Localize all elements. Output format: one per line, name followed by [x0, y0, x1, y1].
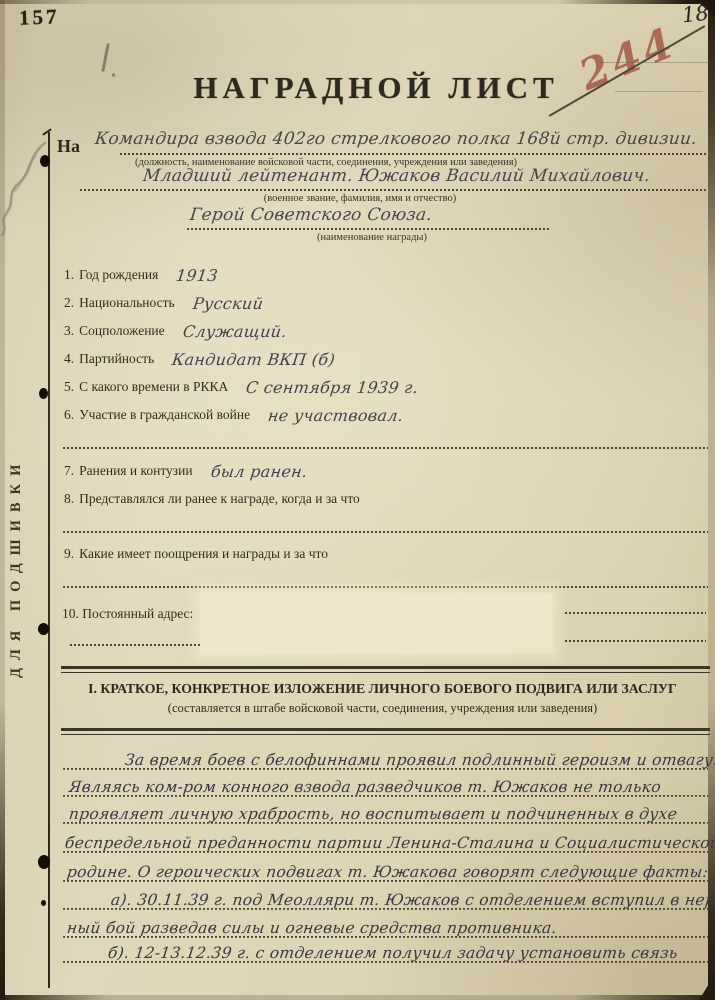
field-number: 4.	[64, 351, 79, 369]
award-caption: (наименование награды)	[287, 232, 457, 243]
dotted-rule	[80, 189, 708, 191]
field-number: 10.	[62, 606, 79, 621]
handwritten-text: проявляет личную храбрость, но воспитыва…	[68, 805, 678, 823]
punch-hole	[39, 388, 48, 399]
field-number: 8.	[64, 491, 79, 509]
field-number: 1.	[64, 267, 79, 285]
field-number: 2.	[64, 295, 79, 313]
pencil-tick-mark	[101, 43, 109, 72]
handwritten-line: родине. О героических подвигах т. Южаков…	[63, 855, 708, 882]
field-row-birth-year: 1. Год рождения 1913	[64, 264, 707, 285]
field-label: С какого времени в РККА	[79, 379, 228, 397]
dotted-rule-short	[70, 644, 202, 646]
archive-number-stamp: 157	[19, 4, 60, 30]
dotted-rule-short	[565, 612, 706, 614]
handwritten-line: За время боев с белофиннами проявил подл…	[63, 743, 708, 770]
field-row-social-position: 3. Соцположение Служащий.	[64, 320, 707, 341]
section1-subheading: (составляется в штабе войсковой части, с…	[60, 701, 705, 716]
field-value: не участвовал.	[267, 406, 405, 425]
filing-margin-hook	[42, 128, 51, 135]
punch-hole	[38, 855, 50, 869]
field-value: С сентября 1939 г.	[245, 378, 419, 397]
field-value: 1913	[175, 266, 219, 285]
dotted-rule-full	[63, 447, 708, 449]
handwritten-line: Являясь ком-ром конного взвода разведчик…	[63, 770, 708, 797]
field-row-party-membership: 4. Партийность Кандидат ВКП (б)	[64, 348, 707, 369]
field-number: 9.	[64, 546, 79, 564]
section-divider	[61, 728, 710, 735]
handwritten-line: б). 12-13.12.39 г. с отделением получил …	[63, 936, 708, 963]
field-label: Постоянный адрес:	[82, 606, 193, 621]
document-title: НАГРАДНОЙ ЛИСТ	[193, 70, 558, 106]
field-row-existing-awards: 9. Какие имеет поощрения и награды и за …	[64, 543, 707, 564]
handwritten-line: ный бой разведав силы и огневые средства…	[63, 911, 708, 938]
dotted-rule-full	[63, 531, 708, 533]
field-number: 6.	[64, 407, 79, 425]
handwritten-text: беспредельной преданности партии Ленина-…	[64, 834, 715, 852]
dotted-rule	[187, 228, 550, 230]
crossed-out-red-number: 244	[572, 17, 683, 100]
field-number: 3.	[64, 323, 79, 341]
scan-edge-top	[0, 0, 715, 4]
handwritten-line: а). 30.11.39 г. под Меолляри т. Южаков с…	[63, 883, 708, 910]
field-label: Национальность	[79, 295, 175, 313]
field-label: Ранения и контузии	[79, 463, 192, 481]
field-row-rkka-since: 5. С какого времени в РККА С сентября 19…	[64, 376, 707, 397]
scan-edge-bottom	[0, 995, 715, 1000]
dotted-rule-short	[565, 640, 706, 642]
field-row-nationality: 2. Национальность Русский	[64, 292, 707, 313]
field-row-wounds: 7. Ранения и контузии был ранен.	[64, 460, 707, 481]
handwritten-line: проявляет личную храбрость, но воспитыва…	[63, 797, 708, 824]
scan-corner-bottom-right	[699, 974, 715, 1000]
filing-margin-label: ДЛЯ ПОДШИВКИ	[8, 392, 25, 678]
field-label: Представлялся ли ранее к награде, когда …	[79, 491, 360, 509]
faint-rule-mark	[600, 62, 710, 63]
section1-heading: I. КРАТКОЕ, КОНКРЕТНОЕ ИЗЛОЖЕНИЕ ЛИЧНОГО…	[60, 681, 705, 697]
field-value: Кандидат ВКП (б)	[171, 350, 336, 369]
handwritten-text: За время боев с белофиннами проявил подл…	[124, 751, 715, 769]
handwritten-line: беспредельной преданности партии Ленина-…	[63, 826, 708, 853]
field-label: Участие в гражданской войне	[79, 407, 250, 425]
punch-hole	[40, 155, 50, 167]
handwritten-text: Являясь ком-ром конного взвода разведчик…	[68, 778, 662, 796]
ink-blot	[41, 900, 46, 906]
pencil-dot-mark	[112, 73, 115, 77]
award-sheet-scan: 157 18 244 ДЛЯ ПОДШИВКИ НАГРАДНОЙ ЛИСТ Н…	[0, 0, 715, 1000]
handwritten-text: ный бой разведав силы и огневые средства…	[66, 919, 558, 937]
position-handwritten-value: Командира взвода 402го стрелкового полка…	[94, 129, 699, 149]
field-label: Партийность	[79, 351, 154, 369]
field-number: 5.	[64, 379, 79, 397]
field-row-prior-nominations: 8. Представлялся ли ранее к награде, ког…	[64, 488, 707, 509]
faint-rule-mark	[615, 91, 703, 92]
handwritten-text: б). 12-13.12.39 г. с отделением получил …	[107, 944, 679, 962]
field-number: 7.	[64, 463, 79, 481]
handwritten-text: родине. О героических подвигах т. Южаков…	[66, 863, 709, 881]
dotted-rule-full	[63, 586, 708, 588]
rank-name-handwritten-value: Младший лейтенант. Южаков Василий Михайл…	[142, 166, 652, 186]
field-label: Какие имеет поощрения и награды и за что	[79, 546, 328, 564]
field-row-civil-war: 6. Участие в гражданской войне не участв…	[64, 404, 707, 425]
field-value: Служащий.	[181, 322, 287, 341]
page-number-pencil: 18	[681, 1, 710, 28]
field-value: был ранен.	[209, 462, 308, 481]
dotted-rule	[120, 153, 708, 155]
field-value: Русский	[191, 294, 264, 313]
na-field-label: На	[57, 136, 80, 157]
rank-name-caption: (военное звание, фамилия, имя и отчество…	[180, 193, 540, 204]
handwritten-text: а). 30.11.39 г. под Меолляри т. Южаков с…	[110, 891, 715, 909]
field-label: Год рождения	[79, 267, 158, 285]
punch-hole	[38, 623, 49, 635]
section-divider	[61, 666, 710, 673]
award-handwritten-value: Герой Советского Союза.	[189, 205, 434, 225]
erased-area	[200, 593, 553, 653]
field-row-permanent-address: 10. Постоянный адрес:	[62, 606, 193, 622]
field-label: Соцположение	[79, 323, 165, 341]
